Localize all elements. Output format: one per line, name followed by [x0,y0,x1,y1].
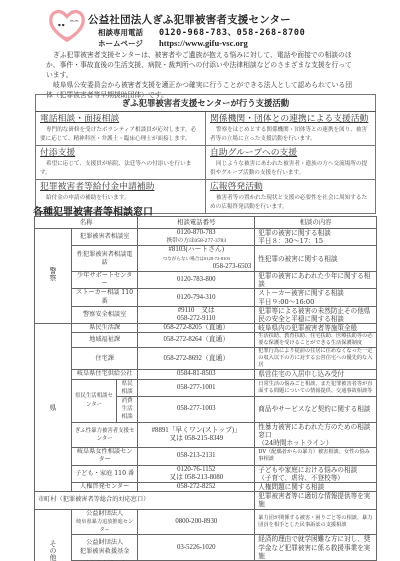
desc-line: 子どもや家庭における悩みの相談 [258,466,373,474]
phone-line: 又は 058-215-8349 [141,435,251,443]
phone-line: #8103(ハートさん) [141,246,251,254]
service-item: 広報啓発活動被害者等の置かれた現状と支援の必要性を社会に周知するための広報啓発活… [206,180,376,214]
service-item: 関係機関・団体との連携による支援活動警察をはじめとする関係機関・団体等との連携を… [206,112,376,146]
phone-line: 058-273-6503 [141,263,251,271]
phone-line: #8891「早くワン(ストップ)」 [141,427,251,435]
service-title: 犯罪被害者等給付金申請補助 [40,181,201,194]
desc-line: 犯罪の被害に関する相談 [258,229,373,237]
office-name: 性犯罪被害者相談電話 [72,246,138,272]
col-header-name: 名称 [35,217,138,229]
service-body: 被害者等の置かれた現状と支援の必要性を社会に周知するための広報啓発活動を行います… [210,194,371,211]
desc-line: 性暴力被害にあわれた方のための相談窓口 [258,423,373,439]
desc-line: （24時間ホットライン） [258,439,373,447]
table-row: 性犯罪被害者相談電話 #8103(ハートさん)つながらない場合は0120-72-… [35,246,377,272]
office-phone: #8891「早くワン(ストップ)」又は 058-215-8349 [138,422,255,448]
municipal-label: 市町村（犯罪被害者等総合的対応窓口） [35,492,255,509]
category-label: 県 [50,404,57,412]
table-row: 公益財団法人犯罪被害救援基金 03-5226-1020 経済的理由で就学困難な方… [35,535,377,561]
phone-line: 携帯の方は058-277-3783 [141,237,251,245]
name-line: 公益財団法人 [75,510,134,518]
office-desc: ストーカー被害に関する相談平日９:00〜16:00 [255,289,377,306]
office-name: 岐阜県女性相談センター [72,448,138,465]
table-row: 警察安全相談室 #9110 又は058-272-9110 犯罪等による被害の未然… [35,306,377,323]
phone-line: 又は 058-213-8080 [141,474,251,482]
phone-line: #9110 又は [141,307,251,315]
header: 公益社団法人ぎふ犯罪被害者支援センター 相談専用電話 0120-968-783、… [48,8,368,50]
office-desc: 経済的理由で就学困難な方に対し、奨学金など犯罪被害に係る救援事業を実施 [255,535,377,561]
office-desc: 子どもや家庭における悩みの相談（子育て、虐待、不登校等） [255,465,377,482]
office-phone: #8103(ハートさん)つながらない場合は0120-72-8103058-273… [138,246,255,272]
office-phone: 03-5226-1020 [138,535,255,561]
service-body: 警察をはじめとする関係機関・団体等との連携を図り、被害者等の立場に立った支援活動… [210,126,371,143]
phone-value: 0120-968-783、058-268-8700 [159,28,305,38]
table-row: 岐阜県女性相談センター 058-213-2131 DV（配偶者からの暴力）被害相… [35,448,377,465]
office-name: 公益財団法人岐阜県暴力追放推進センター [72,509,138,535]
office-desc: 犯罪の被害に関する相談平日８：30〜17：15 [255,229,377,246]
phone-line: 0120-76-1152 [141,466,251,474]
service-title: 電話相談・面接相談 [40,113,201,126]
office-name: 岐阜県住宅供給公社 [72,370,138,379]
office-name: 住宅課 [72,348,138,370]
heart-logo-icon [48,8,86,44]
office-phone: 058-277-1003 [138,397,255,423]
table-row: ぎふ性暴力被害者支援センター #8891「早くワン(ストップ)」又は 058-2… [35,422,377,448]
office-desc: 岐阜県内の犯罪被害者等施策全般 [255,324,377,333]
service-body: 希望に応じて、支援員が病院、法廷等への付添いを行います。 [40,160,201,177]
table-row: 少年サポートセンター 0120-783-800 犯罪の被害にあわれた少年に関する… [35,272,377,289]
table-row: その他 公益財団法人岐阜県暴力追放推進センター 0800-200-8930 暴力… [35,509,377,535]
office-name: 地域福祉課 [72,333,138,348]
office-name: 公益財団法人犯罪被害救援基金 [72,535,138,561]
office-desc: 犯罪等による被害の未然防止その他県民の安全と平穏に関する相談 [255,306,377,323]
office-name: 県民生活相談センター [72,379,117,422]
office-desc: 性暴力被害にあわれた方のための相談窓口（24時間ホットライン） [255,422,377,448]
service-body: 同じような被害にあわれた被害者・遺族の方へ交流場所の提供やグループ活動の支援を行… [210,160,371,177]
office-name: 犯罪被害者相談室 [72,229,138,246]
office-phone: 0800-200-8930 [138,509,255,535]
office-name: ストーカー相談 110 番 [72,289,138,306]
desc-line: 平日８：30〜17：15 [258,237,373,245]
office-phone: 058-272-8205（直通） [138,324,255,333]
name-line: 犯罪被害救援基金 [75,548,134,556]
office-name: 子ども・家庭 110 番 [72,465,138,482]
office-phone: 0120-794-310 [138,289,255,306]
office-desc: 人権問題に関する相談 [255,483,377,492]
desc-line: ストーカー被害に関する相談 [258,289,373,297]
office-name: 警察安全相談室 [72,306,138,323]
col-header-phone: 相談電話番号 [138,217,255,229]
office-desc: DV（配偶者からの暴力）被害相談、女性の悩み事相談 [255,448,377,465]
table-row: ストーカー相談 110 番 0120-794-310 ストーカー被害に関する相談… [35,289,377,306]
office-phone: 0120-76-1152又は 058-213-8080 [138,465,255,482]
category-other: その他 [35,509,72,561]
office-phone: #9110 又は058-272-9110 [138,306,255,323]
phone-line: 058-272-9110 [141,315,251,323]
office-name: 県民生活課 [72,324,138,333]
office-phone: 0120-870-783携帯の方は058-277-3783 [138,229,255,246]
office-desc: 暴力団が関係する被害・困りごと等の相談、暴力団員を相手とした民事訴訟の支援相談 [255,509,377,535]
office-phone: 058-272-8252 [138,483,255,492]
office-phone: 058-272-8692（直通） [138,348,255,370]
intro-paragraph-1: ぎふ犯罪被害者支援センターは、被害者やご遺族が抱える悩みに対して、電話や面接での… [46,50,358,80]
office-desc: 生活扶助、教育扶助、住宅扶助、医療扶助等の必要な保護を受けることができる生活保護… [255,333,377,348]
office-phone: 058-277-1001 [138,379,255,396]
office-subname: 県民相談 [117,379,138,396]
office-phone: 058-213-2131 [138,448,255,465]
table-row: 県 県民生活課 058-272-8205（直通） 岐阜県内の犯罪被害者等施策全般 [35,324,377,333]
phone-label: 相談専用電話 [98,27,156,38]
office-phone: 0584-81-8503 [138,370,255,379]
phone-line: 0120-870-783 [141,229,251,237]
service-item: 電話相談・面接相談専門的な研修を受けたボランティア相談員が応対します。必要に応じ… [36,112,206,146]
homepage-link[interactable]: https://www.gifu-vsc.org [159,38,248,48]
org-name: 公益社団法人ぎふ犯罪被害者支援センター [88,12,291,27]
office-desc: 日常生活の悩みごと相談、また犯罪被害者等が直面する問題についての情報提供、交通事… [255,379,377,396]
col-header-content: 相談の内容 [255,217,377,229]
office-desc: 犯罪行為により従前の住居に住めなくなった一定の収入以下の方に対する公営住宅への優… [255,348,377,370]
service-title: 付添支援 [40,147,201,160]
table-row: 地域福祉課 058-272-8264（直通） 生活扶助、教育扶助、住宅扶助、医療… [35,333,377,348]
desc-line: （子育て、虐待、不登校等） [258,474,373,482]
services-title: ぎふ犯罪被害者支援センターが行う支援活動 [36,95,376,112]
office-desc: 県営住宅の入居申し込み受付 [255,370,377,379]
category-police: 警察 [35,229,72,324]
office-desc: 性犯罪の被害に関する相談 [255,246,377,272]
office-name: ぎふ性暴力被害者支援センター [72,422,138,448]
table-row: 市町村（犯罪被害者等総合的対応窓口） 犯罪被害者等に適切な情報提供等を実施 [35,492,377,509]
service-body: 専門的な研修を受けたボランティア相談員が応対します。必要に応じて、精神科医・弁護… [40,126,201,143]
table-row: 人権啓発センター 058-272-8252 人権問題に関する相談 [35,483,377,492]
office-name: 少年サポートセンター [72,272,138,289]
table-header-row: 名称 相談電話番号 相談の内容 [35,217,377,229]
service-title: 自助グループへの支援 [210,147,371,160]
service-item: 自助グループへの支援同じような被害にあわれた被害者・遺族の方へ交流場所の提供やグ… [206,146,376,180]
office-name: 人権啓発センター [72,483,138,492]
desc-line: 平日９:00〜16:00 [258,298,373,306]
table-row: 警察 犯罪被害者相談室 0120-870-783携帯の方は058-277-378… [35,229,377,246]
service-title: 広報啓発活動 [210,181,371,194]
office-phone: 058-272-8264（直通） [138,333,255,348]
name-line: 公益財団法人 [75,539,134,547]
table-row: 住宅課 058-272-8692（直通） 犯罪行為により従前の住居に住めなくなっ… [35,348,377,370]
category-label: 警察 [47,267,59,281]
homepage-label: ホームページ [98,38,156,49]
consultation-offices-table: 名称 相談電話番号 相談の内容 警察 犯罪被害者相談室 0120-870-783… [34,216,377,561]
support-services-table: ぎふ犯罪被害者支援センターが行う支援活動 電話相談・面接相談専門的な研修を受けた… [35,94,376,214]
office-desc: 商品やサービスなど契約に関する相談 [255,397,377,423]
homepage-row: ホームページ https://www.gifu-vsc.org [98,38,248,49]
table-row: 県民生活相談センター 県民相談 058-277-1001 日常生活の悩みごと相談… [35,379,377,396]
office-subname: 消費生活相談 [117,397,138,423]
service-title: 関係機関・団体との連携による支援活動 [210,113,371,126]
office-desc: 犯罪の被害にあわれた少年に関する相談 [255,272,377,289]
intro-text: ぎふ犯罪被害者支援センターは、被害者やご遺族が抱える悩みに対して、電話や面接での… [46,50,358,100]
phone-row: 相談専用電話 0120-968-783、058-268-8700 [98,26,305,38]
category-label: その他 [47,540,59,561]
category-prefecture: 県 [35,324,72,492]
service-item: 付添支援希望に応じて、支援員が病院、法廷等への付添いを行います。 [36,146,206,180]
table-row: 子ども・家庭 110 番 0120-76-1152又は 058-213-8080… [35,465,377,482]
office-phone: 0120-783-800 [138,272,255,289]
phone-line: つながらない場合は0120-72-8103 [141,255,251,263]
office-desc: 犯罪被害者等に適切な情報提供等を実施 [255,492,377,509]
table-row: 岐阜県住宅供給公社 0584-81-8503 県営住宅の入居申し込み受付 [35,370,377,379]
name-line: 岐阜県暴力追放推進センター [75,518,134,534]
service-body: 給付金の申請の補助を行います。 [40,194,201,203]
